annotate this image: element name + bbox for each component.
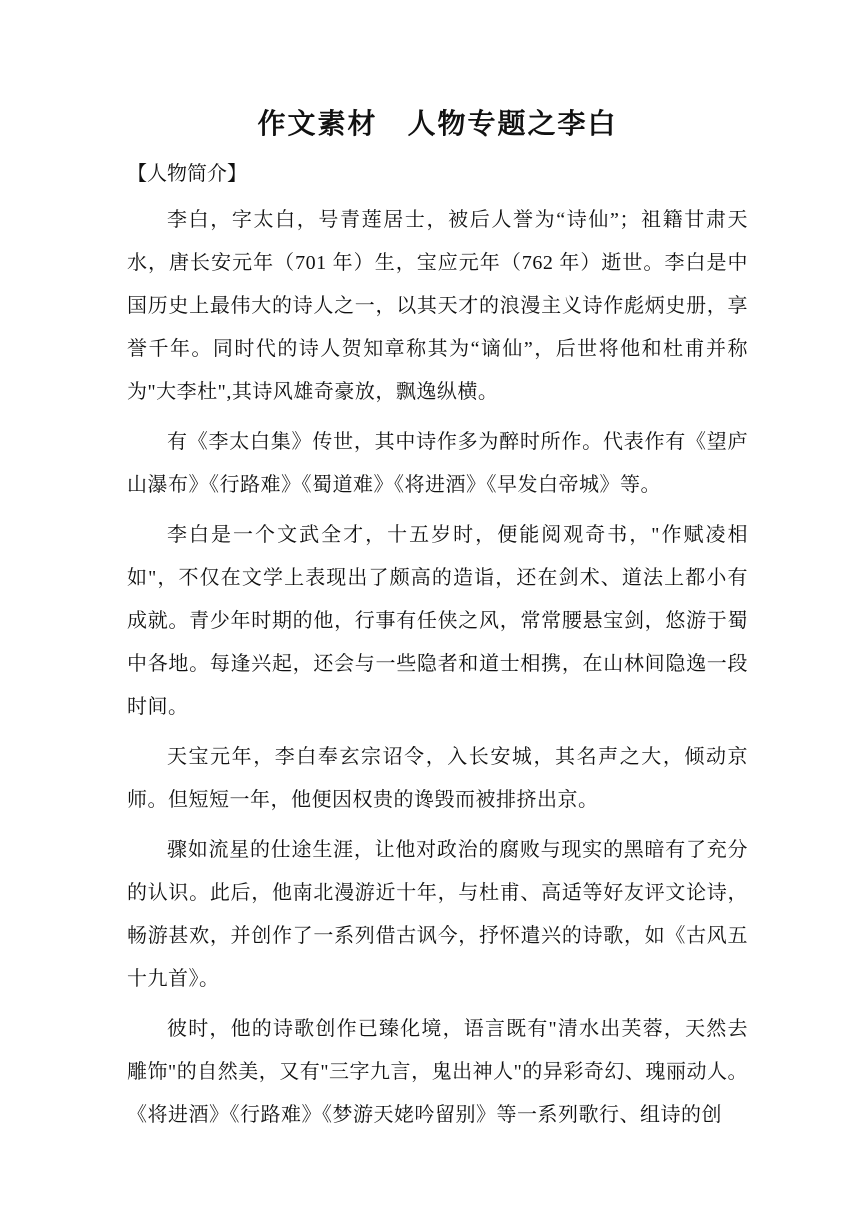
section-heading-profile: 【人物简介】	[127, 159, 748, 189]
paragraph-changan-court: 天宝元年，李白奉玄宗诏令，入长安城，其名声之大，倾动京师。但短短一年，他便因权贵…	[127, 736, 748, 822]
paragraph-wandering-years: 骤如流星的仕途生涯，让他对政治的腐败与现实的黑暗有了充分的认识。此后，他南北漫游…	[127, 829, 748, 1001]
paragraph-poetic-maturity: 彼时，他的诗歌创作已臻化境，语言既有"清水出芙蓉，天然去雕饰"的自然美，又有"三…	[127, 1008, 748, 1137]
paragraph-youth-talent: 李白是一个文武全才，十五岁时，便能阅观奇书，"作赋凌相如"，不仅在文学上表现出了…	[127, 514, 748, 729]
paragraph-representative-works: 有《李太白集》传世，其中诗作多为醉时所作。代表作有《望庐山瀑布》《行路难》《蜀道…	[127, 421, 748, 507]
paragraph-intro-biography: 李白，字太白，号青莲居士，被后人誉为“诗仙”；祖籍甘肃天水，唐长安元年（701 …	[127, 199, 748, 414]
document-page: 作文素材 人物专题之李白 【人物简介】 李白，字太白，号青莲居士，被后人誉为“诗…	[0, 0, 860, 1216]
document-title: 作文素材 人物专题之李白	[127, 103, 748, 147]
